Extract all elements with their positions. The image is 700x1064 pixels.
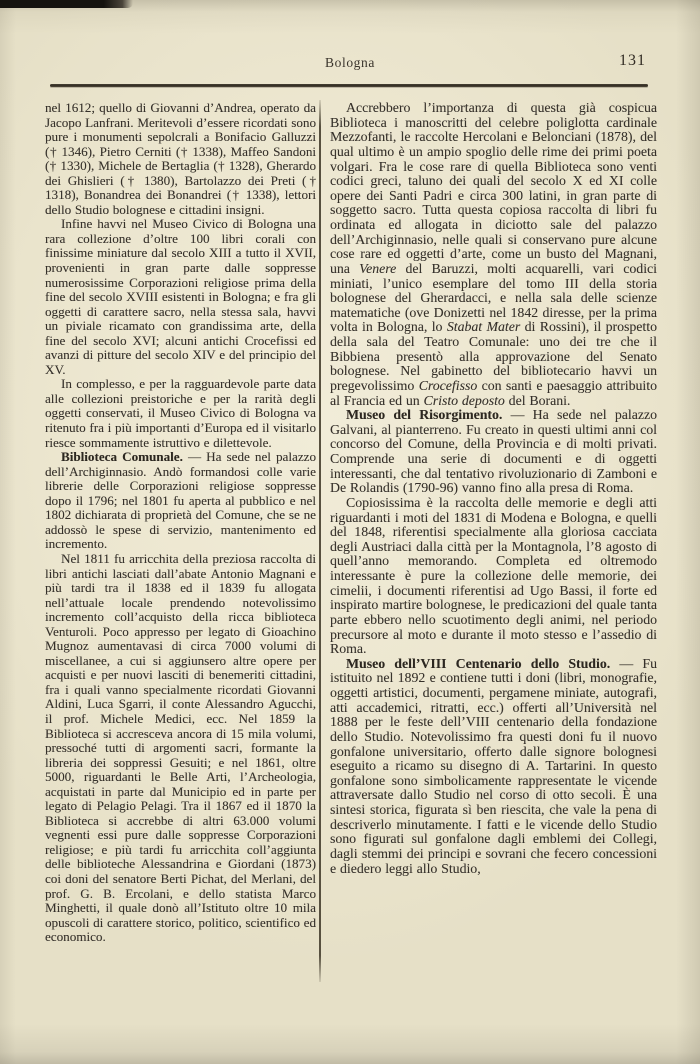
paragraph: Museo del Risorgimento. — Ha sede nel pa… [330, 408, 657, 496]
text-run: Infine havvi nel Museo Civico di Bologna… [45, 216, 316, 376]
text-run: Nel 1811 fu arricchita della preziosa ra… [45, 551, 316, 944]
italic-text-run: Venere [359, 261, 396, 276]
paragraph: Biblioteca Comunale. — Ha sede nel palaz… [45, 450, 316, 552]
paragraph: In complesso, e per la ragguardevole par… [45, 377, 316, 450]
italic-text-run: Stabat Mater [447, 319, 520, 334]
paragraph: Accrebbero l’importanza di questa già co… [330, 101, 657, 408]
scan-artifact-top-left [0, 0, 133, 8]
text-run: Accrebbero l’importanza di questa già co… [330, 100, 657, 276]
paragraph: Nel 1811 fu arricchita della preziosa ra… [45, 552, 316, 945]
paragraph: Copiosissima è la raccolta delle memorie… [330, 496, 657, 657]
text-run: Copiosissima è la raccolta delle memorie… [330, 495, 657, 656]
paragraph: Museo dell’VIII Centenario dello Studio.… [330, 657, 657, 876]
paragraph: Infine havvi nel Museo Civico di Bologna… [45, 217, 316, 377]
book-page: Bologna 131 nel 1612; quello di Giovanni… [0, 0, 700, 1064]
header-rule [50, 84, 648, 87]
right-column: Accrebbero l’importanza di questa già co… [330, 101, 657, 876]
italic-text-run: Crocefisso [419, 378, 478, 393]
bold-text-run: Museo dell’VIII Centenario dello Studio. [346, 656, 610, 671]
running-title: Bologna [52, 55, 648, 71]
text-run: — Fu istituito nel 1892 e contiene tutti… [330, 656, 657, 876]
italic-text-run: Cristo deposto [424, 393, 505, 408]
text-run: — Ha sede nel palazzo dell’Archiginnasio… [45, 449, 316, 551]
bold-text-run: Biblioteca Comunale. [61, 449, 183, 464]
left-column: nel 1612; quello di Giovanni d’Andrea, o… [45, 101, 316, 945]
text-run: In complesso, e per la ragguardevole par… [45, 376, 316, 449]
bold-text-run: Museo del Risorgimento. [346, 407, 502, 422]
text-run: del Borani. [505, 393, 571, 408]
text-run: nel 1612; quello di Giovanni d’Andrea, o… [45, 100, 316, 217]
page-header: Bologna 131 [52, 52, 648, 78]
column-divider-rule [319, 100, 321, 982]
page-number: 131 [619, 52, 646, 70]
paragraph: nel 1612; quello di Giovanni d’Andrea, o… [45, 101, 316, 217]
